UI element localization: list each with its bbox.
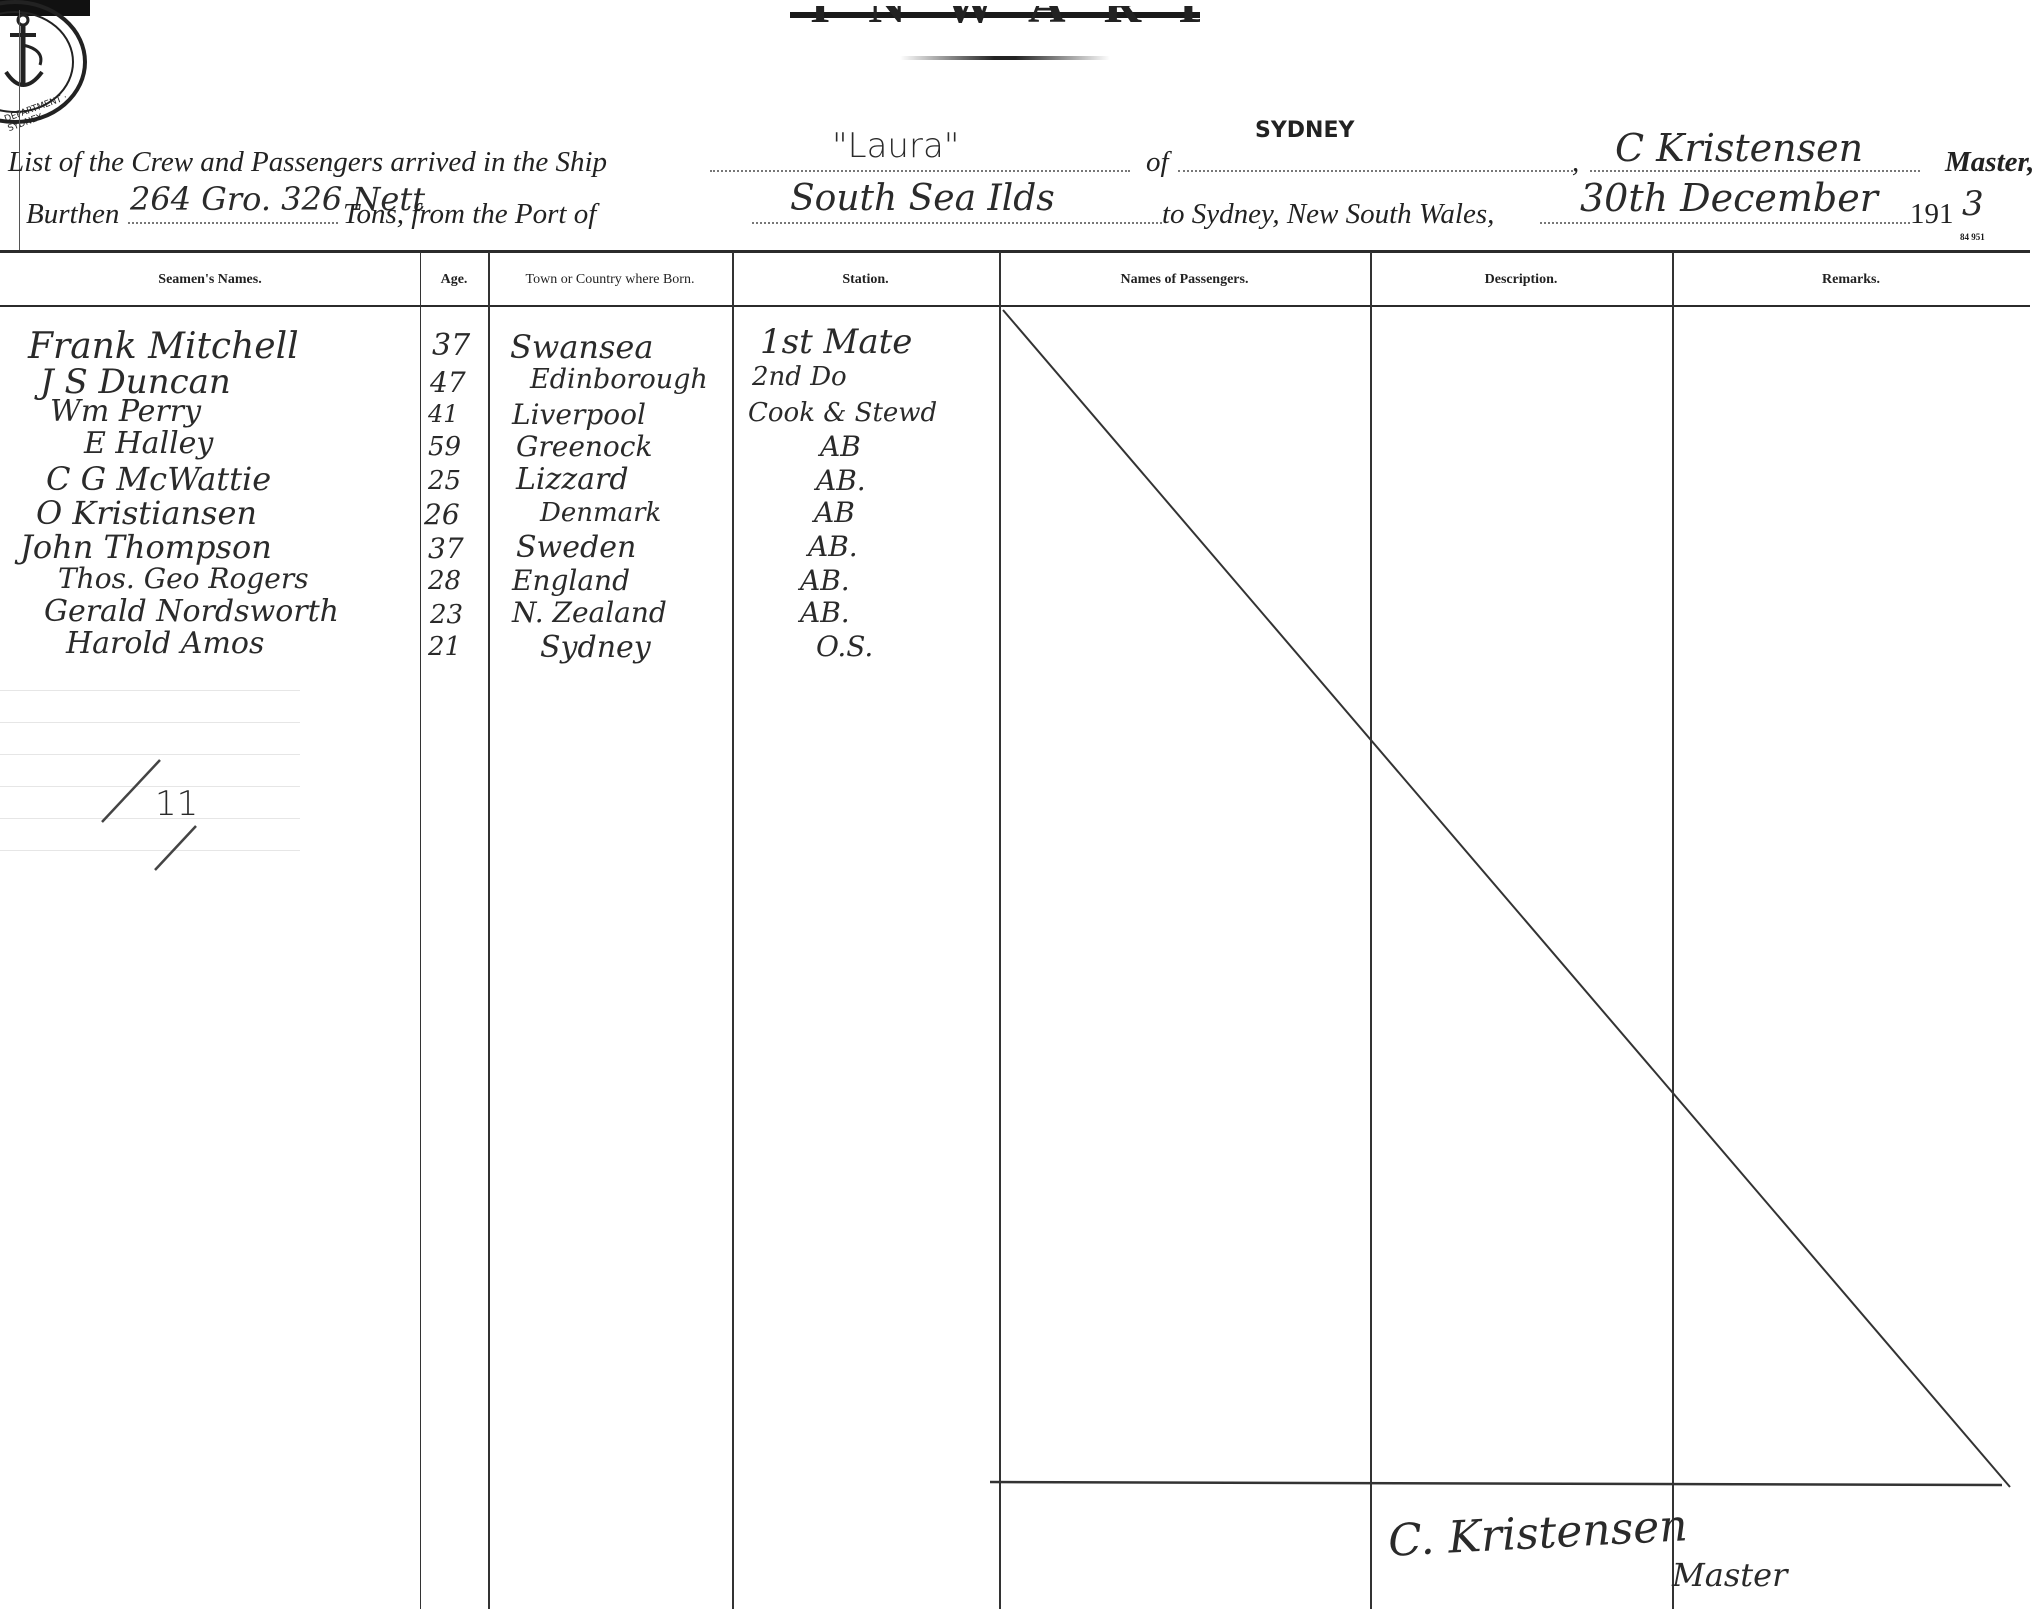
seaman-station: AB. (816, 464, 866, 497)
master-signature: C. Kristensen (1387, 1500, 1689, 1567)
port-from-field: South Sea Ilds (790, 178, 1055, 219)
col-header-seamens-names: Seamen's Names. (0, 272, 420, 288)
to-sydney-label: to Sydney, New South Wales, (1162, 198, 1494, 231)
seaman-name: Thos. Geo Rogers (58, 562, 309, 595)
seaman-station: Cook & Stewd (748, 398, 937, 428)
tons-label: Tons, from the Port of (343, 198, 596, 231)
seaman-born: Liverpool (512, 398, 646, 431)
title-ornament (900, 56, 1110, 60)
seaman-station: AB (814, 496, 855, 529)
department-seal: DEPARTMENT · SYDNEY · (0, 0, 90, 125)
master-signature-label: Master (1672, 1556, 1787, 1594)
seaman-station: 2nd Do (752, 362, 847, 392)
seaman-name: C G McWattie (46, 460, 271, 498)
comma: , (1572, 146, 1579, 179)
form-number: 84 951 (1960, 232, 1985, 242)
col-header-born: Town or Country where Born. (488, 272, 732, 288)
seaman-born: Sweden (516, 530, 636, 565)
seaman-born: Lizzard (516, 462, 629, 497)
page-title-fragment: INWARDS (790, 6, 1200, 28)
form-line1-prefix: List of the Crew and Passengers arrived … (8, 146, 607, 179)
seaman-born: England (512, 564, 630, 597)
seaman-station: O.S. (816, 630, 873, 663)
seaman-name: Wm Perry (50, 394, 201, 429)
col-header-remarks: Remarks. (1672, 272, 2030, 288)
seaman-station: 1st Mate (760, 322, 912, 362)
seaman-age: 37 (432, 328, 470, 363)
seaman-name: E Halley (84, 426, 213, 461)
seaman-born: Swansea (510, 328, 653, 366)
seaman-name: Gerald Nordsworth (44, 594, 339, 629)
tally-mark: 11 (155, 784, 198, 824)
date-field: 30th December (1580, 176, 1878, 220)
seaman-born: N. Zealand (512, 596, 667, 629)
seaman-station: AB. (800, 596, 850, 629)
header-bottom-rule (0, 305, 2030, 307)
seaman-born: Edinborough (530, 364, 708, 395)
seaman-age: 23 (430, 600, 463, 630)
master-name-field: C Kristensen (1615, 126, 1863, 170)
burthen-label: Burthen (26, 198, 119, 231)
col-header-passengers: Names of Passengers. (999, 272, 1370, 288)
seaman-born: Sydney (540, 630, 651, 665)
master-label: Master, (1945, 146, 2034, 179)
ship-name-field: "Laura" (832, 126, 959, 166)
seaman-name: Frank Mitchell (28, 326, 299, 367)
seaman-name: O Kristiansen (36, 494, 257, 532)
year-suffix-field: 3 (1962, 184, 1984, 224)
seaman-station: AB. (808, 530, 858, 563)
seaman-age: 28 (428, 566, 461, 596)
seaman-name: Harold Amos (66, 626, 264, 661)
col-header-station: Station. (732, 272, 999, 288)
strike-diagonal-line (0, 0, 2044, 1609)
year-prefix: 191 (1910, 198, 1954, 231)
seaman-age: 26 (424, 498, 460, 531)
seaman-age: 21 (428, 632, 461, 662)
seaman-age: 41 (428, 400, 459, 428)
seaman-born: Greenock (516, 430, 652, 463)
seaman-age: 47 (430, 366, 466, 399)
header-top-rule (0, 250, 2030, 253)
seaman-age: 25 (428, 466, 461, 496)
col-header-description: Description. (1370, 272, 1672, 288)
of-label: of (1146, 146, 1169, 179)
seaman-station: AB. (800, 564, 850, 597)
seaman-born: Denmark (540, 498, 661, 528)
seaman-station: AB (820, 430, 861, 463)
seaman-name: John Thompson (20, 528, 272, 566)
seaman-age: 37 (428, 532, 464, 565)
seaman-age: 59 (428, 432, 461, 462)
col-header-age: Age. (420, 272, 488, 288)
sydney-stamp: SYDNEY (1255, 118, 1354, 143)
